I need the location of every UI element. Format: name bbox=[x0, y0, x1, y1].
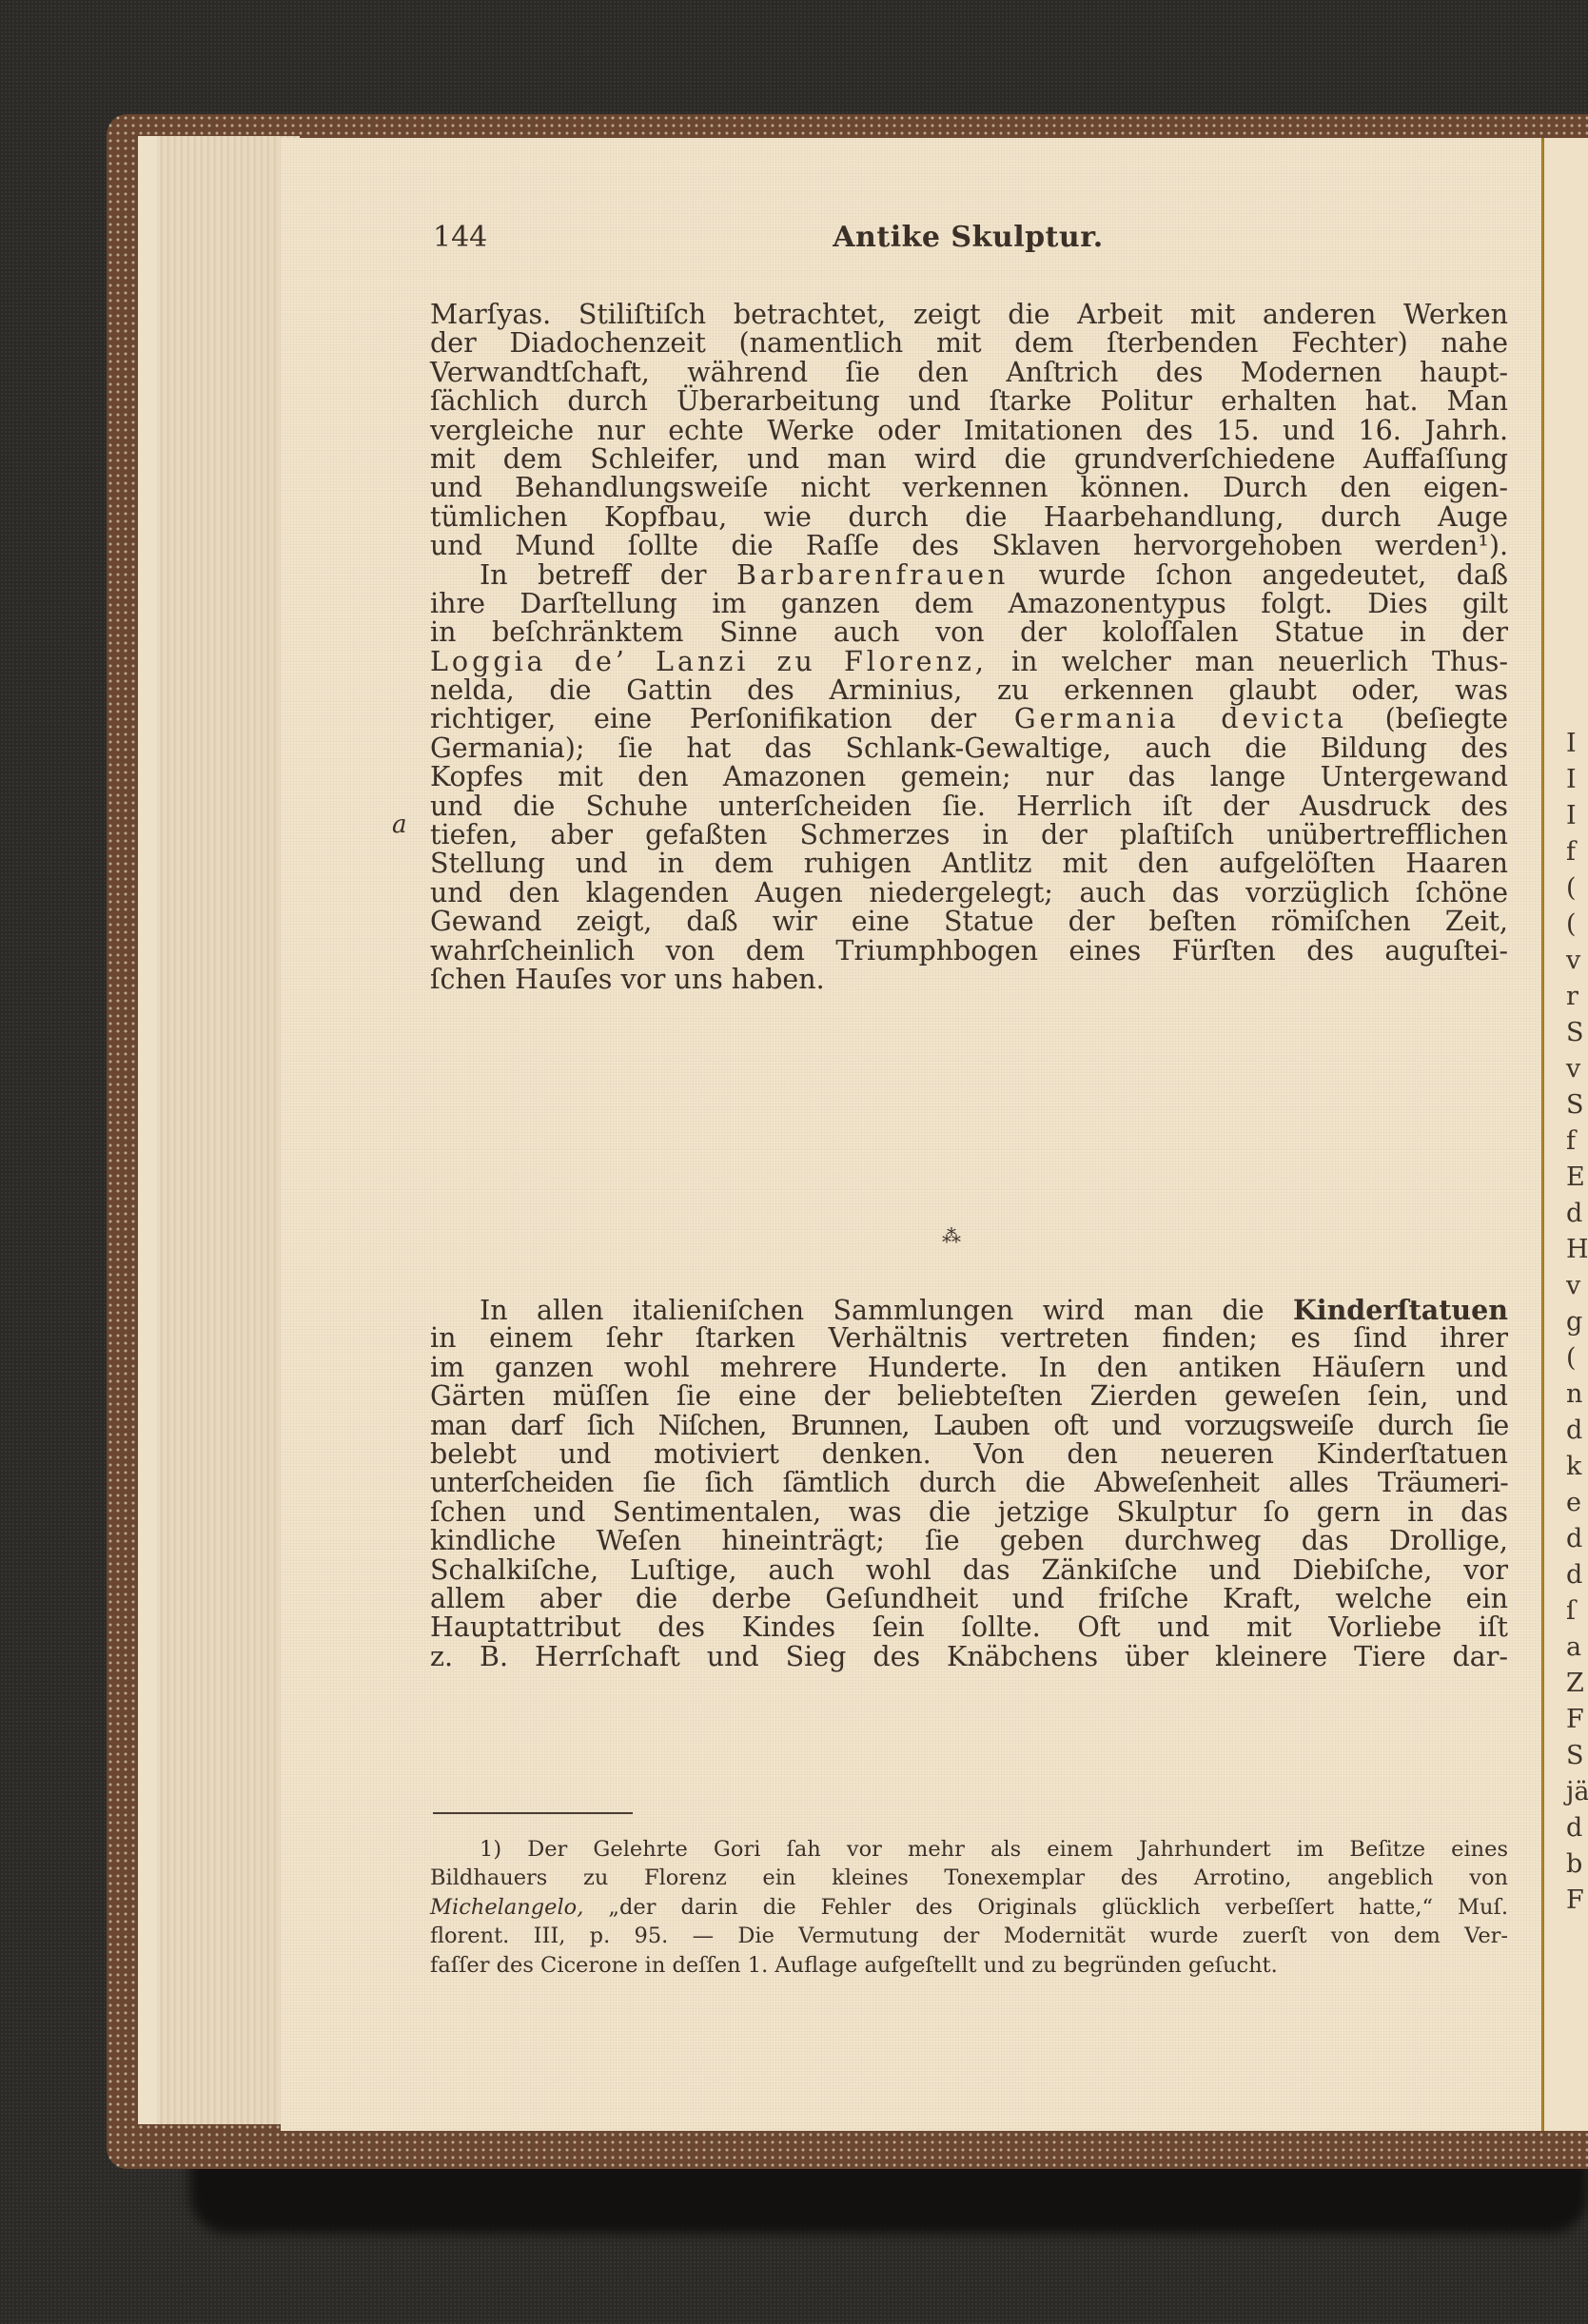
text-line: Loggia de’ Lanzi zu Florenz, in welcher … bbox=[430, 648, 1508, 676]
next-page-letter: S bbox=[1566, 1743, 1584, 1768]
body-text: Marſyas. Stiliſtiſch betrachtet, zeigt d… bbox=[430, 301, 1508, 994]
next-page-letter: v bbox=[1566, 1056, 1580, 1082]
text-line: ihre Darſtellung im ganzen dem Amazonent… bbox=[430, 590, 1508, 618]
next-page-letter: f bbox=[1566, 839, 1576, 865]
next-page-letter: d bbox=[1566, 1417, 1582, 1443]
next-page-letter: ( bbox=[1566, 875, 1577, 901]
next-page-letter: ſ bbox=[1566, 1598, 1576, 1624]
footnote: 1) Der Gelehrte Gori ſah vor mehr als ei… bbox=[430, 1838, 1508, 1982]
next-page-letter: I bbox=[1566, 803, 1577, 829]
text-line: vergleiche nur echte Werke oder Imitatio… bbox=[430, 417, 1508, 445]
text-line: man darf ſich Niſchen, Brunnen, Lauben o… bbox=[430, 1412, 1508, 1440]
footnote-line: Michelangelo, „der darin die Fehler des … bbox=[430, 1896, 1508, 1924]
text-line: unterſcheiden ſie ſich ſämtlich durch di… bbox=[430, 1469, 1508, 1497]
page-stack-edge bbox=[138, 136, 300, 2124]
bold-term-kinderstatuen: Kinderſtatuen bbox=[1293, 1294, 1508, 1326]
next-page-letter: a bbox=[1566, 1634, 1581, 1660]
text-line: tümlichen Kopfbau, wie durch die Haarbeh… bbox=[430, 503, 1508, 532]
page-header: 144 Antike Skulptur. bbox=[433, 221, 1503, 259]
body-text-section2: In allen italieniſchen Sammlungen wird m… bbox=[430, 1296, 1508, 1671]
next-page-letter: I bbox=[1566, 731, 1577, 756]
text-run: wurde ſchon angedeutet, daß bbox=[1009, 559, 1508, 591]
text-line: In betreff der Barbarenfrauen wurde ſcho… bbox=[430, 561, 1508, 590]
section-ornament: ⁂ bbox=[942, 1224, 962, 1247]
next-page-letter: e bbox=[1566, 1490, 1581, 1515]
text-line: allem aber die derbe Geſundheit und friſ… bbox=[430, 1585, 1508, 1613]
next-page-letter: H bbox=[1566, 1237, 1588, 1262]
next-page-letter: d bbox=[1566, 1562, 1582, 1588]
text-line: Verwandtſchaft, während ſie den Anſtrich… bbox=[430, 359, 1508, 387]
text-line: und Behandlungsweiſe nicht verkennen kön… bbox=[430, 474, 1508, 502]
text-line: Hauptattribut des Kindes ſein ſollte. Of… bbox=[430, 1613, 1508, 1642]
text-line: mit dem Schleifer, und man wird die grun… bbox=[430, 445, 1508, 474]
spaced-term-loggia: Loggia de’ Lanzi zu Florenz, bbox=[430, 646, 988, 677]
text-line: Marſyas. Stiliſtiſch betrachtet, zeigt d… bbox=[430, 301, 1508, 329]
italic-name-michelangelo: Michelangelo, bbox=[430, 1895, 583, 1920]
text-line: Gärten müſſen ſie eine der beliebteſten … bbox=[430, 1382, 1508, 1411]
spaced-term-barbarenfrauen: Barbarenfrauen bbox=[736, 559, 1009, 591]
text-run: in welcher man neuerlich Thus- bbox=[988, 646, 1508, 677]
text-line: nelda, die Gattin des Arminius, zu erken… bbox=[430, 676, 1508, 705]
next-page-letter: g bbox=[1566, 1309, 1582, 1335]
text-line: ſächlich durch Überarbeitung und ſtarke … bbox=[430, 387, 1508, 416]
text-line: in einem ſehr ſtarken Verhältnis vertret… bbox=[430, 1324, 1508, 1353]
text-run: In betreff der bbox=[480, 559, 736, 591]
next-page-letter: Z bbox=[1566, 1670, 1584, 1696]
text-line: tiefen, aber gefaßten Schmerzes in der p… bbox=[430, 821, 1508, 850]
next-page-letter: f bbox=[1566, 1128, 1576, 1154]
next-page-letter: k bbox=[1566, 1454, 1581, 1479]
next-page-letter: r bbox=[1566, 984, 1578, 1009]
text-line: In allen italieniſchen Sammlungen wird m… bbox=[430, 1296, 1508, 1324]
text-line: Stellung und in dem ruhigen Antlitz mit … bbox=[430, 850, 1508, 878]
spaced-term-germania: Germania devicta bbox=[1014, 703, 1347, 734]
footnote-line: florent. III, p. 95. — Die Vermutung der… bbox=[430, 1924, 1508, 1953]
text-line: belebt und motiviert denken. Von den neu… bbox=[430, 1440, 1508, 1469]
next-page-letter: ( bbox=[1566, 1345, 1577, 1371]
text-line: in beſchränktem Sinne auch von der koloſ… bbox=[430, 618, 1508, 647]
text-line: der Diadochenzeit (namentlich mit dem ſt… bbox=[430, 329, 1508, 358]
text-line: wahrſcheinlich von dem Triumphbogen eine… bbox=[430, 937, 1508, 966]
next-page-letter: b bbox=[1566, 1851, 1582, 1877]
text-line: und die Schuhe unterſcheiden ſie. Herrli… bbox=[430, 792, 1508, 821]
next-page-letter: v bbox=[1566, 947, 1580, 973]
next-page-letter: n bbox=[1566, 1381, 1582, 1407]
next-page-letter: jä bbox=[1566, 1779, 1588, 1805]
next-page-letter: F bbox=[1566, 1887, 1584, 1913]
text-line: Germania); ſie hat das Schlank-Gewaltige… bbox=[430, 734, 1508, 763]
text-run: richtiger, eine Perſonifikation der bbox=[430, 703, 1014, 734]
text-line: und den klagenden Augen niedergelegt; au… bbox=[430, 879, 1508, 908]
next-page-letter: F bbox=[1566, 1707, 1584, 1732]
text-line: kindliche Weſen hineinträgt; ſie geben d… bbox=[430, 1527, 1508, 1555]
text-line: Gewand zeigt, daß wir eine Statue der be… bbox=[430, 908, 1508, 936]
next-page-letter: ( bbox=[1566, 911, 1577, 937]
footnote-line: Bildhauers zu Florenz ein kleines Tonexe… bbox=[430, 1866, 1508, 1895]
text-line: und Mund ſollte die Raſſe des Sklaven he… bbox=[430, 532, 1508, 560]
text-line: im ganzen wohl mehrere Hunderte. In den … bbox=[430, 1354, 1508, 1382]
next-page-letter: d bbox=[1566, 1526, 1582, 1552]
text-line: richtiger, eine Perſonifikation der Germ… bbox=[430, 705, 1508, 733]
footnote-line: 1) Der Gelehrte Gori ſah vor mehr als ei… bbox=[430, 1838, 1508, 1866]
next-page-letter: S bbox=[1566, 1092, 1584, 1118]
footnote-line: faſſer des Cicerone in deſſen 1. Auflage… bbox=[430, 1954, 1508, 1982]
text-line: Schalkiſche, Luſtige, auch wohl das Zänk… bbox=[430, 1556, 1508, 1585]
footnote-rule bbox=[433, 1812, 633, 1814]
text-run: In allen italieniſchen Sammlungen wird m… bbox=[480, 1295, 1293, 1326]
text-line: ſchen Hauſes vor uns haben. bbox=[430, 966, 1508, 994]
text-line: Kopfes mit den Amazonen gemein; nur das … bbox=[430, 763, 1508, 791]
text-run: „der darin die Fehler des Originals glüc… bbox=[583, 1895, 1508, 1920]
text-line: ſchen und Sentimentalen, was die jetzige… bbox=[430, 1498, 1508, 1527]
next-page-letter: S bbox=[1566, 1020, 1584, 1045]
running-head: Antike Skulptur. bbox=[433, 221, 1503, 254]
text-line: z. B. Herrſchaft und Sieg des Knäbchens … bbox=[430, 1643, 1508, 1671]
next-page-letter: d bbox=[1566, 1201, 1582, 1226]
next-page-letter: d bbox=[1566, 1815, 1582, 1841]
text-run: (beſiegte bbox=[1347, 703, 1508, 734]
next-page-letter: E bbox=[1566, 1164, 1585, 1190]
margin-note: a bbox=[392, 810, 407, 839]
next-page-letter: I bbox=[1566, 767, 1577, 792]
next-page-letter: v bbox=[1566, 1273, 1580, 1299]
